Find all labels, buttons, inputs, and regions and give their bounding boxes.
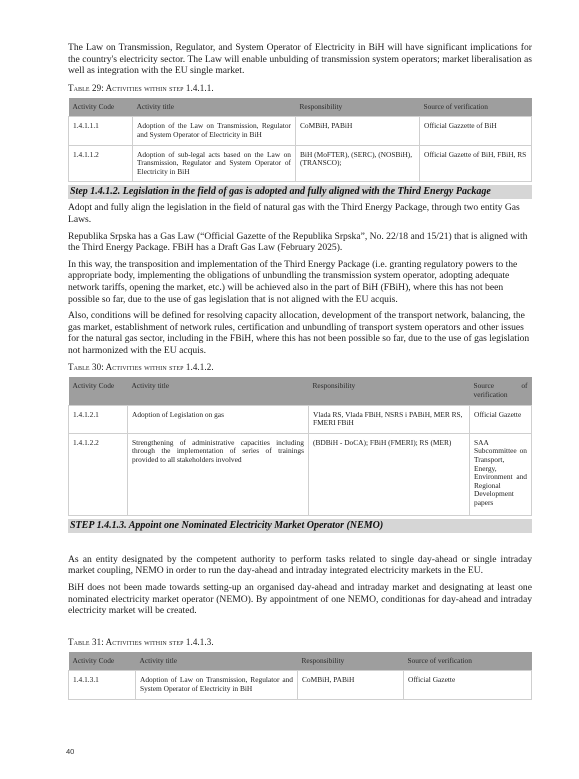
responsibility: (BDBiH - DoCA); FBiH (FMERI); RS (MER) (309, 433, 470, 515)
table-31-caption: Table 31: Activities within step 1.4.1.3… (68, 637, 532, 648)
activity-code: 1.4.1.3.1 (69, 671, 136, 699)
activity-title: Adoption of the Law on Transmission, Reg… (133, 117, 296, 145)
source-of-verification: Official Gazzette of BiH (420, 117, 532, 145)
activity-code: 1.4.1.1.2 (69, 145, 133, 182)
paragraph: In this way, the transposition and imple… (68, 259, 532, 305)
column-header: Source of verification (470, 377, 532, 405)
table-29-caption: Table 29: Activities within step 1.4.1.1… (68, 83, 532, 94)
column-header: Activity title (133, 98, 296, 117)
column-header: Responsibility (298, 652, 404, 671)
activity-title: Adoption of Legislation on gas (128, 405, 309, 433)
paragraph: BiH does not been made towards setting-u… (68, 582, 532, 617)
column-header: Activity Code (69, 98, 133, 117)
activity-title: Adoption of Law on Transmission, Regulat… (136, 671, 298, 699)
activity-title: Adoption of sub-legal acts based on the … (133, 145, 296, 182)
activity-title: Strengthening of administrative capaciti… (128, 433, 309, 515)
column-header: Source of verification (420, 98, 532, 117)
table-row: 1.4.1.2.2 Strengthening of administrativ… (69, 433, 532, 515)
source-of-verification: Official Gazette of BiH, FBiH, RS (420, 145, 532, 182)
column-header: Responsibility (309, 377, 470, 405)
column-header: Activity title (128, 377, 309, 405)
paragraph: Republika Srpska has a Gas Law (“Officia… (68, 231, 532, 254)
responsibility: CoMBiH, PABiH (298, 671, 404, 699)
source-of-verification: Official Gazette (404, 671, 532, 699)
table-31: Activity Code Activity title Responsibil… (68, 652, 532, 700)
table-30: Activity Code Activity title Responsibil… (68, 377, 532, 515)
source-of-verification: SAA Subcommittee on Transport, Energy, E… (470, 433, 532, 515)
table-29: Activity Code Activity title Responsibil… (68, 98, 532, 183)
column-header: Activity Code (69, 377, 128, 405)
table-30-caption: Table 30: Activities within step 1.4.1.2… (68, 362, 532, 373)
paragraph: Also, conditions will be defined for res… (68, 310, 532, 356)
table-row: 1.4.1.1.2 Adoption of sub-legal acts bas… (69, 145, 532, 182)
activity-code: 1.4.1.2.1 (69, 405, 128, 433)
column-header: Source of verification (404, 652, 532, 671)
intro-paragraph: The Law on Transmission, Regulator, and … (68, 42, 532, 77)
activity-code: 1.4.1.2.2 (69, 433, 128, 515)
responsibility: Vlada RS, Vlada FBiH, NSRS i PABiH, MER … (309, 405, 470, 433)
column-header: Activity Code (69, 652, 136, 671)
source-of-verification: Official Gazette (470, 405, 532, 433)
table-row: 1.4.1.1.1 Adoption of the Law on Transmi… (69, 117, 532, 145)
activity-code: 1.4.1.1.1 (69, 117, 133, 145)
responsibility: CoMBiH, PABiH (296, 117, 420, 145)
paragraph: As an entity designated by the competent… (68, 554, 532, 577)
responsibility: BiH (MoFTER), (SERC), (NOSBiH), (TRANSCO… (296, 145, 420, 182)
column-header: Activity title (136, 652, 298, 671)
column-header: Responsibility (296, 98, 420, 117)
table-row: 1.4.1.2.1 Adoption of Legislation on gas… (69, 405, 532, 433)
step-1-4-1-3-heading: STEP 1.4.1.3. Appoint one Nominated Elec… (68, 519, 532, 533)
step-1-4-1-2-heading: Step 1.4.1.2. Legislation in the field o… (68, 185, 532, 199)
document-page: The Law on Transmission, Regulator, and … (68, 42, 532, 700)
paragraph: Adopt and fully align the legislation in… (68, 202, 532, 225)
page-number: 40 (66, 747, 74, 756)
table-row: 1.4.1.3.1 Adoption of Law on Transmissio… (69, 671, 532, 699)
